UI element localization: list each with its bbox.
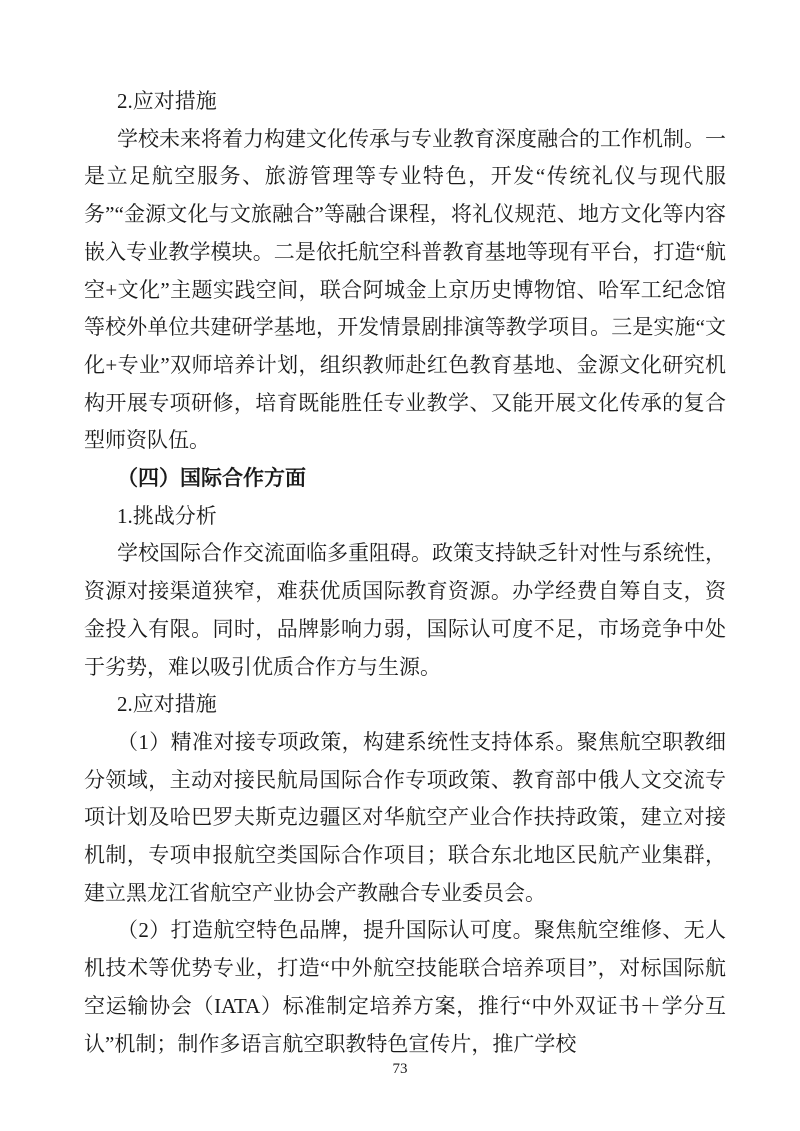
subheading-challenge-analysis: 1.挑战分析 xyxy=(84,498,726,536)
subheading-response-measures-international: 2.应对措施 xyxy=(84,686,726,724)
paragraph-challenge-analysis: 学校国际合作交流面临多重阻碍。政策支持缺乏针对性与系统性，资源对接渠道狭窄，难获… xyxy=(84,535,726,686)
paragraph-culture-integration-measures: 学校未来将着力构建文化传承与专业教育深度融合的工作机制。一是立足航空服务、旅游管… xyxy=(84,121,726,460)
paragraph-measure-2-aviation-brand: （2）打造航空特色品牌，提升国际认可度。聚焦航空维修、无人机技术等优势专业，打造… xyxy=(84,912,726,1063)
page-content: 2.应对措施 学校未来将着力构建文化传承与专业教育深度融合的工作机制。一是立足航… xyxy=(84,83,726,1063)
subheading-response-measures-culture: 2.应对措施 xyxy=(84,83,726,121)
page-number: 73 xyxy=(0,1059,800,1079)
paragraph-measure-1-policy-alignment: （1）精准对接专项政策，构建系统性支持体系。聚焦航空职教细分领域，主动对接民航局… xyxy=(84,724,726,913)
section-heading-international-cooperation: （四）国际合作方面 xyxy=(84,460,726,498)
document-page: 2.应对措施 学校未来将着力构建文化传承与专业教育深度融合的工作机制。一是立足航… xyxy=(0,0,800,1131)
